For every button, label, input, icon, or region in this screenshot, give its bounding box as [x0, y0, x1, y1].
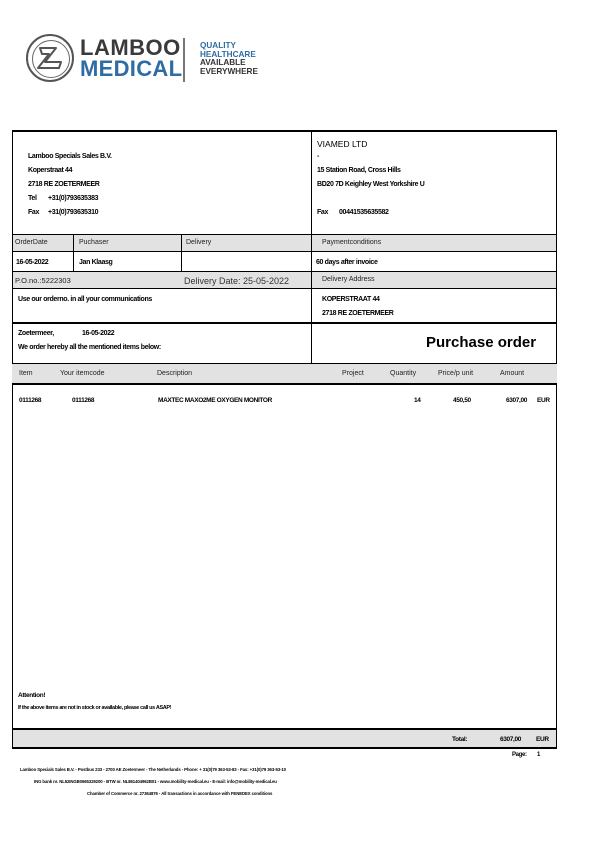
purchaser-value: Jan Klaasg — [79, 259, 112, 266]
row-your-itemcode: 0111268 — [72, 397, 94, 404]
delivery-date: Delivery Date: 25-05-2022 — [184, 276, 289, 286]
sender-tel-label: Tel — [28, 195, 37, 202]
page-label: Page: — [512, 752, 527, 758]
supplier-street: 15 Station Road, Cross Hills — [317, 167, 401, 174]
divider — [73, 234, 74, 272]
supplier-name: VIAMED LTD — [317, 139, 367, 149]
divider — [311, 130, 312, 234]
items-table-body — [12, 385, 557, 729]
order-place: Zoetermeer, — [18, 330, 54, 337]
col-description: Description — [157, 370, 192, 377]
header-payment-conditions: Paymentconditions — [322, 239, 381, 246]
order-date-value: 16-05-2022 — [16, 259, 48, 266]
supplier-fax-label: Fax — [317, 209, 328, 216]
attention-text: If the above items are not in stock or a… — [18, 705, 171, 711]
col-amount: Amount — [500, 370, 524, 377]
logo-brand-medical: MEDICAL — [80, 58, 182, 80]
footer-line-2: ING bank nr. NL52INGB0665329200 - BTW nr… — [34, 779, 277, 784]
divider — [311, 234, 312, 364]
sender-fax-label: Fax — [28, 209, 39, 216]
delivery-address-label: Delivery Address — [322, 276, 375, 283]
row-item: 0111268 — [19, 397, 41, 404]
sender-tel: +31(0)793635383 — [48, 195, 98, 202]
total-value: 6307,00 — [500, 736, 521, 743]
po-number: P.O.no.:5222303 — [15, 276, 71, 285]
divider — [12, 322, 557, 324]
payment-conditions-value: 60 days after invoice — [316, 259, 378, 266]
total-currency: EUR — [536, 736, 549, 743]
sender-fax: +31(0)793635310 — [48, 209, 98, 216]
order-place-date: 16-05-2022 — [82, 330, 114, 337]
row-currency: EUR — [537, 397, 550, 404]
document-title: Purchase order — [426, 334, 536, 351]
header-order-date: OrderDate — [15, 239, 48, 246]
logo-tagline: QUALITY HEALTHCARE AVAILABLE EVERYWHERE — [200, 42, 258, 76]
row-amount: 6307,00 — [506, 397, 527, 404]
attention-title: Attention! — [18, 692, 45, 699]
header-delivery: Delivery — [186, 239, 211, 246]
supplier-city: BD20 7D Keighley West Yorkshire U — [317, 181, 425, 188]
footer-line-1: Lamboo Specials Sales B.V. - Postbus 233… — [20, 767, 286, 772]
totals-row — [12, 729, 557, 749]
sender-street: Koperstraat 44 — [28, 167, 72, 174]
sender-city: 2718 RE ZOETERMEER — [28, 181, 100, 188]
row-description: MAXTEC MAXO2ME OXYGEN MONITOR — [158, 397, 272, 404]
divider — [181, 234, 182, 272]
logo-divider — [183, 38, 185, 82]
col-price-per-unit: Price/p unit — [438, 370, 473, 377]
delivery-address-line-2: 2718 RE ZOETERMEER — [322, 310, 394, 317]
header-purchaser: Puchaser — [79, 239, 109, 246]
lamboo-logo-icon — [34, 44, 68, 72]
divider — [311, 271, 312, 289]
total-label: Total: — [452, 736, 467, 743]
sender-company: Lamboo Specials Sales B.V. — [28, 153, 112, 160]
communication-note: Use our orderno. in all your communicati… — [18, 296, 152, 303]
supplier-line2: - — [317, 153, 319, 160]
footer-line-3: Chamber of Commerce nr. 27364876 - All t… — [87, 791, 272, 796]
page-number: 1 — [537, 752, 540, 758]
row-price-per-unit: 450,50 — [453, 397, 471, 404]
supplier-fax: 00441535635582 — [339, 209, 389, 216]
row-quantity: 14 — [414, 397, 421, 404]
col-your-itemcode: Your itemcode — [60, 370, 105, 377]
tagline-line-4: EVERYWHERE — [200, 68, 258, 77]
delivery-address-line-1: KOPERSTRAAT 44 — [322, 296, 380, 303]
col-item: Item — [19, 370, 33, 377]
col-project: Project — [342, 370, 364, 377]
col-quantity: Quantity — [390, 370, 416, 377]
order-statement: We order hereby all the mentioned items … — [18, 344, 161, 351]
